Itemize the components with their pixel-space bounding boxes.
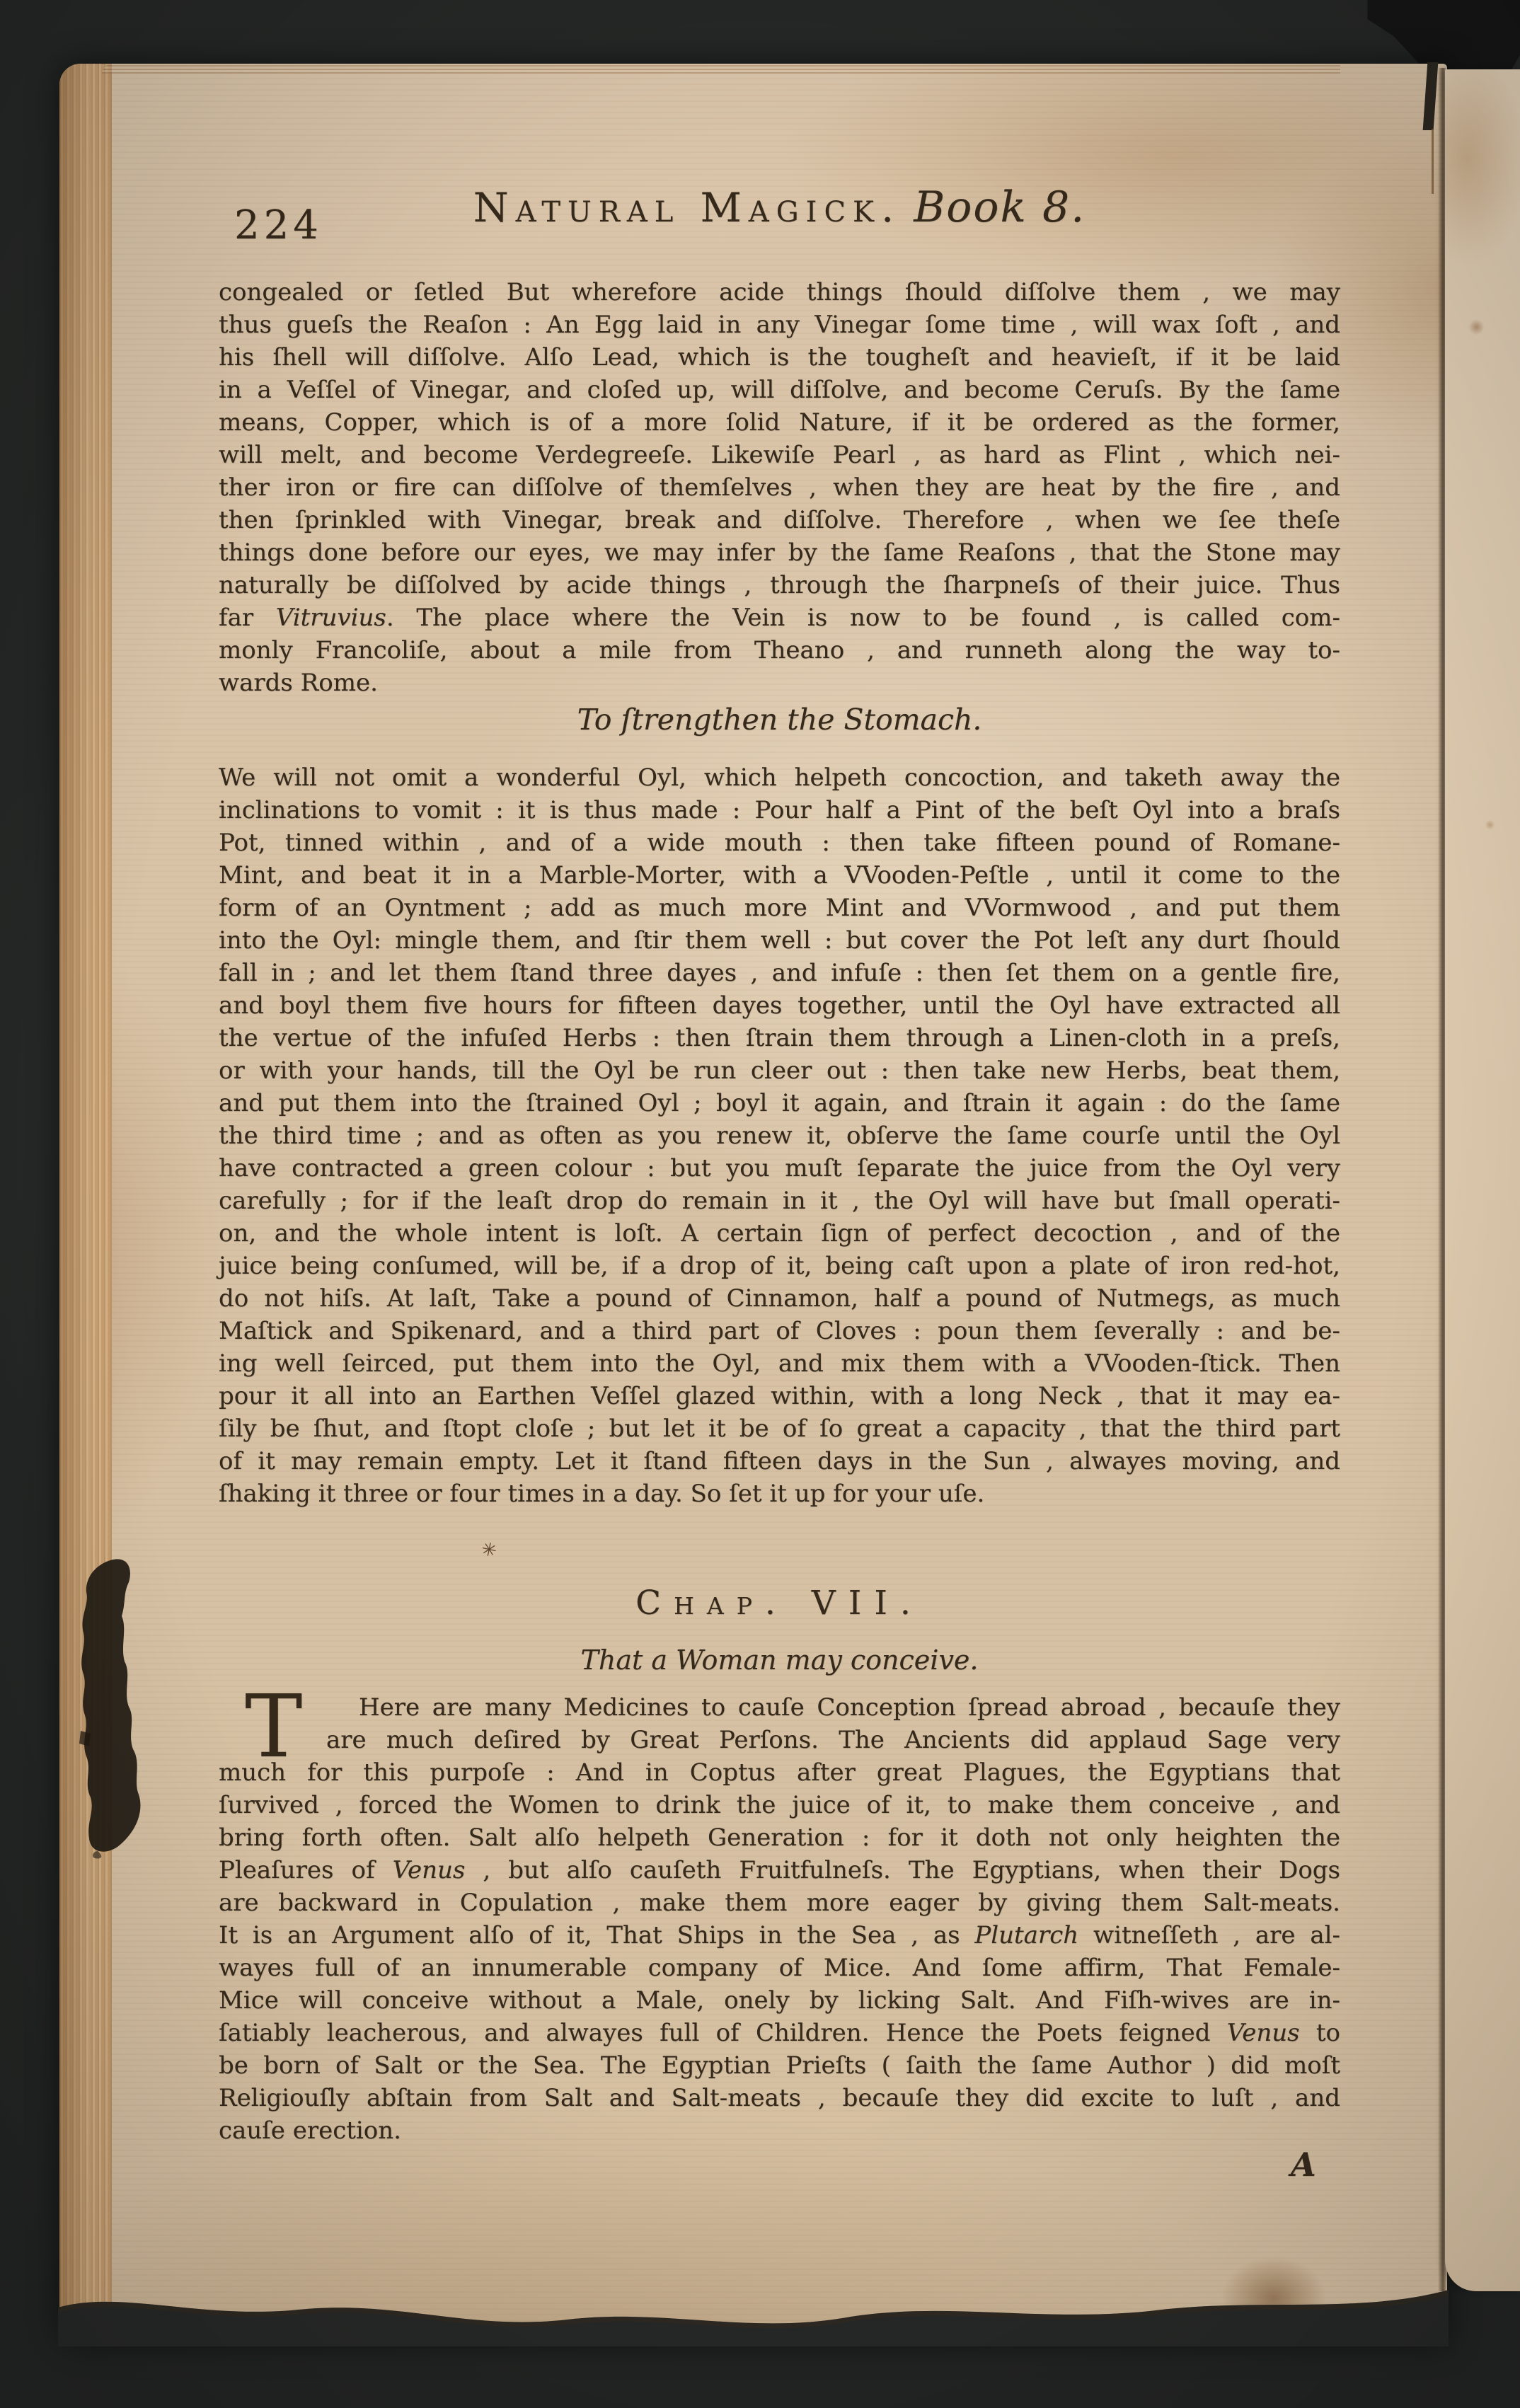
text-line: are backward in Copulation , make them m… bbox=[219, 1886, 1340, 1919]
text-line: pour it all into an Earthen Veſſel glaze… bbox=[219, 1380, 1340, 1412]
text-line: ſatiably leacherous, and alwayes full of… bbox=[219, 2017, 1340, 2049]
book-number: Book 8. bbox=[914, 183, 1086, 232]
text-line: bring forth often. Salt alſo helpeth Gen… bbox=[219, 1821, 1340, 1854]
text-line: Here are many Medicines to cauſe Concept… bbox=[219, 1691, 1340, 1724]
text-line: congealed or ſetled But wherefore acide … bbox=[219, 276, 1340, 309]
text-line: monly Francoliſe, about a mile from Thea… bbox=[219, 634, 1340, 667]
text-line: or with your hands, till the Oyl be run … bbox=[219, 1054, 1340, 1087]
text-line: the third time ; and as often as you ren… bbox=[219, 1119, 1340, 1152]
text-line: and boyl them five hours for fifteen day… bbox=[219, 989, 1340, 1022]
paragraph-recipe: We will not omit a wonderful Oyl, which … bbox=[219, 761, 1340, 1510]
text-line: form of an Oyntment ; add as much more M… bbox=[219, 892, 1340, 924]
binding-thread bbox=[1432, 129, 1434, 194]
text-line: then ſprinkled with Vinegar, break and d… bbox=[219, 504, 1340, 536]
paragraph-continued: congealed or ſetled But wherefore acide … bbox=[219, 276, 1340, 699]
catchword: A bbox=[1291, 2145, 1316, 2184]
text-line: ſurvived , forced the Women to drink the… bbox=[219, 1789, 1340, 1821]
book-page: 224 Natural Magick. Book 8. congealed or… bbox=[59, 64, 1447, 2344]
text-line: means, Copper, which is of a more ſolid … bbox=[219, 406, 1340, 439]
text-line: and put them into the ſtrained Oyl ; boy… bbox=[219, 1087, 1340, 1119]
bottom-deckle-edge bbox=[58, 2240, 1449, 2346]
text-line: thus gueſs the Reaſon : An Egg laid in a… bbox=[219, 309, 1340, 341]
text-line: the vertue of the infuſed Herbs : then ſ… bbox=[219, 1022, 1340, 1054]
text-line: on, and the whole intent is loſt. A cert… bbox=[219, 1217, 1340, 1250]
text-line: ther iron or fire can diſſolve of themſe… bbox=[219, 471, 1340, 504]
page-header: 224 Natural Magick. Book 8. bbox=[219, 183, 1340, 275]
text-line: will melt, and become Verdegreeſe. Likew… bbox=[219, 439, 1340, 471]
text-line: It is an Argument alſo of it, That Ships… bbox=[219, 1919, 1340, 1952]
text-line: do not hiſs. At laſt, Take a pound of Ci… bbox=[219, 1282, 1340, 1315]
stray-ink-mark: ✳ bbox=[479, 1538, 499, 1562]
page-fore-edge-left bbox=[59, 64, 112, 2344]
text-line: be born of Salt or the Sea. The Egyptian… bbox=[219, 2049, 1340, 2082]
text-line: ing well ſeirced, put them into the Oyl,… bbox=[219, 1347, 1340, 1380]
text-line: are much deſired by Great Perſons. The A… bbox=[219, 1724, 1340, 1756]
text-line: cauſe erection. bbox=[219, 2114, 1340, 2147]
text-line: his ſhell will diſſolve. Alſo Lead, whic… bbox=[219, 341, 1340, 374]
text-line: have contracted a green colour : but you… bbox=[219, 1152, 1340, 1185]
text-line: into the Oyl: mingle them, and ſtir them… bbox=[219, 924, 1340, 957]
text-line: ſhaking it three or four times in a day.… bbox=[219, 1477, 1340, 1510]
page-edge-top bbox=[102, 64, 1340, 74]
text-line: We will not omit a wonderful Oyl, which … bbox=[219, 761, 1340, 794]
text-line: of it may remain empty. Let it ſtand fif… bbox=[219, 1445, 1340, 1477]
text-line: Maſtick and Spikenard, and a third part … bbox=[219, 1315, 1340, 1347]
adjacent-page-edge bbox=[1445, 69, 1520, 2291]
text-line: naturally be diſſolved by acide things ,… bbox=[219, 569, 1340, 601]
chapter-subtitle: That a Woman may conceive. bbox=[219, 1644, 1340, 1676]
running-title-text: Natural Magick. bbox=[473, 185, 901, 231]
text-line: Mint, and beat it in a Marble-Morter, wi… bbox=[219, 859, 1340, 892]
text-line: far Vitruvius. The place where the Vein … bbox=[219, 601, 1340, 634]
text-line: wayes full of an innumerable company of … bbox=[219, 1952, 1340, 1984]
text-line: things done before our eyes, we may infe… bbox=[219, 536, 1340, 569]
section-heading: To ſtrengthen the Stomach. bbox=[219, 703, 1340, 737]
text-line: ſily be ſhut, and ſtopt cloſe ; but let … bbox=[219, 1412, 1340, 1445]
text-line: Pot, tinned within , and of a wide mouth… bbox=[219, 826, 1340, 859]
paragraph-chapter: Here are many Medicines to cauſe Concept… bbox=[219, 1691, 1340, 2147]
text-line: much for this purpoſe : And in Coptus af… bbox=[219, 1756, 1340, 1789]
text-line: wards Rome. bbox=[219, 667, 1340, 699]
text-line: Mice will conceive without a Male, onely… bbox=[219, 1984, 1340, 2017]
text-line: inclinations to vomit : it is thus made … bbox=[219, 794, 1340, 826]
text-line: Religiouſly abſtain from Salt and Salt-m… bbox=[219, 2082, 1340, 2114]
text-line: in a Veſſel of Vinegar, and cloſed up, w… bbox=[219, 374, 1340, 406]
text-line: juice being conſumed, will be, if a drop… bbox=[219, 1250, 1340, 1282]
ink-smudge bbox=[76, 1555, 154, 1860]
text-line: Pleaſures of Venus , but alſo cauſeth Fr… bbox=[219, 1854, 1340, 1886]
running-title: Natural Magick. Book 8. bbox=[219, 183, 1340, 232]
text-line: carefully ; for if the leaſt drop do rem… bbox=[219, 1185, 1340, 1217]
book-scan: 224 Natural Magick. Book 8. congealed or… bbox=[0, 0, 1520, 2408]
text-line: fall in ; and let them ſtand three dayes… bbox=[219, 957, 1340, 989]
chapter-heading: Chap. VII. bbox=[219, 1584, 1340, 1623]
